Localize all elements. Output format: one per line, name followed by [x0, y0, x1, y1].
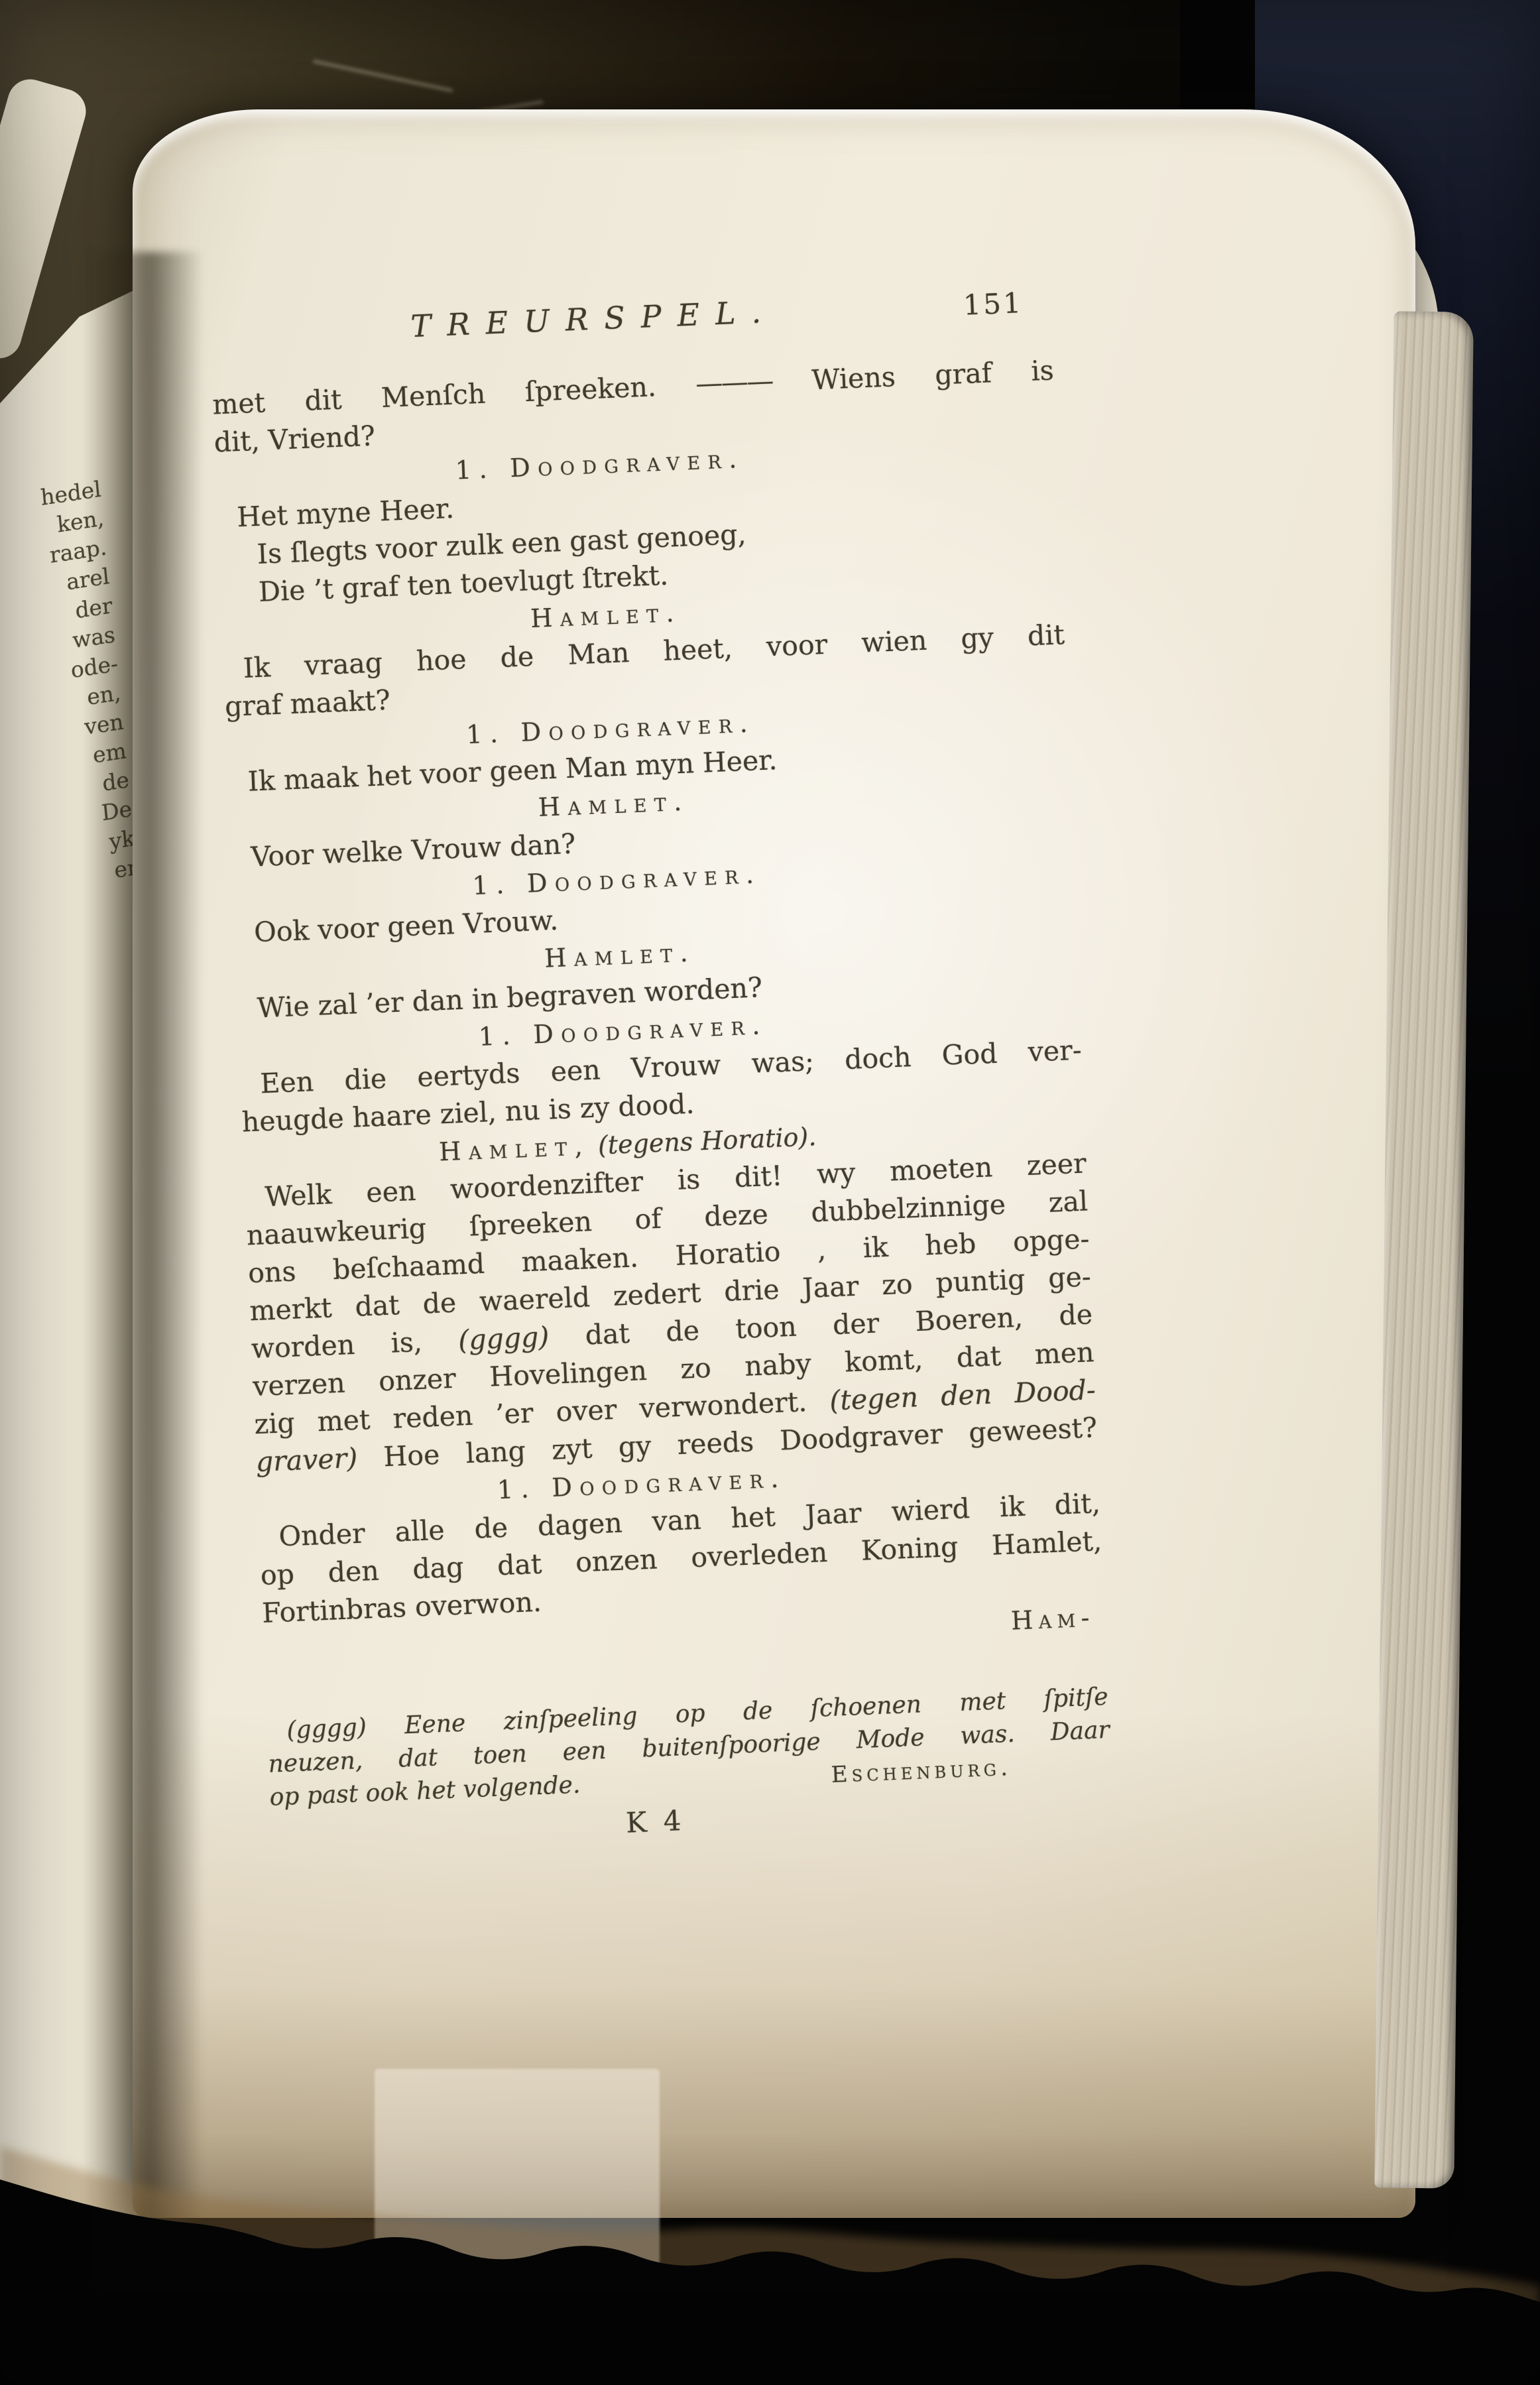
- text-part: 1. Doodgraver.: [478, 1010, 768, 1052]
- page-number: 151: [963, 284, 1024, 324]
- text-part: 1. Doodgraver.: [497, 1463, 786, 1504]
- text-part: worden is,: [251, 1325, 459, 1365]
- text-part: Hamlet.: [538, 787, 689, 822]
- text-part: (tegens Horatio).: [589, 1122, 817, 1160]
- text-part: Wiens graf is: [772, 354, 1055, 397]
- text-part: dit, Vriend?: [213, 420, 376, 459]
- text-part: (gggg): [457, 1321, 550, 1357]
- text-part: Eschenburg.: [831, 1751, 1012, 1792]
- book-photo: hedelken,raap.arelderwasode-en,venemdeDe…: [0, 0, 1540, 2385]
- play-dialogue: met dit Menſch ſpreeken. ——— Wiens graf …: [211, 351, 1104, 1632]
- text-part: Hamlet.: [530, 598, 681, 633]
- running-header: TREURSPEL. 151: [209, 282, 1051, 356]
- text-part: ———: [695, 365, 772, 400]
- text-part: graver): [255, 1442, 358, 1478]
- text-part: Hamlet,: [438, 1131, 590, 1166]
- text-part: Het myne Heer.: [237, 493, 455, 533]
- flash-reflection: [375, 2069, 660, 2297]
- page-text-block: TREURSPEL. 151 met dit Menſch ſpreeken. …: [209, 282, 1113, 1857]
- text-part: 1. Doodgraver.: [455, 444, 744, 485]
- text-part: graf maakt?: [224, 684, 390, 723]
- book-page: TREURSPEL. 151 met dit Menſch ſpreeken. …: [133, 109, 1415, 2218]
- text-part: Hamlet.: [544, 938, 695, 973]
- page-header-title: TREURSPEL.: [410, 293, 778, 346]
- text-part: 1. Doodgraver.: [472, 859, 762, 900]
- text-part: 1. Doodgraver.: [465, 708, 755, 749]
- text-part: Fortinbras overwon.: [261, 1586, 542, 1629]
- catchword: Ham-: [1010, 1603, 1095, 1636]
